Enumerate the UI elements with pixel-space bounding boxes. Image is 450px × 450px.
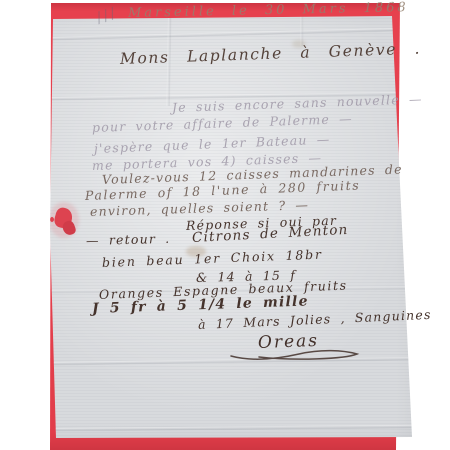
letter-photo: /// Marseille le 30 Mars 1868 Mons Lapla… — [0, 0, 450, 450]
body-line: — retour . — [86, 231, 171, 248]
dateline-text: Marseille le 30 Mars 1868 — [128, 0, 409, 21]
body-line: Je suis encore sans nouvelle — — [172, 91, 423, 115]
signature-flourish — [225, 345, 365, 363]
pencil-scribble: /// — [94, 3, 120, 27]
salutation-text: Mons Laplanche à Genève . — [120, 39, 422, 67]
body-line: bien beau 1er Choix 18br — [102, 247, 323, 270]
handwriting-layer: /// Marseille le 30 Mars 1868 Mons Lapla… — [0, 0, 450, 450]
